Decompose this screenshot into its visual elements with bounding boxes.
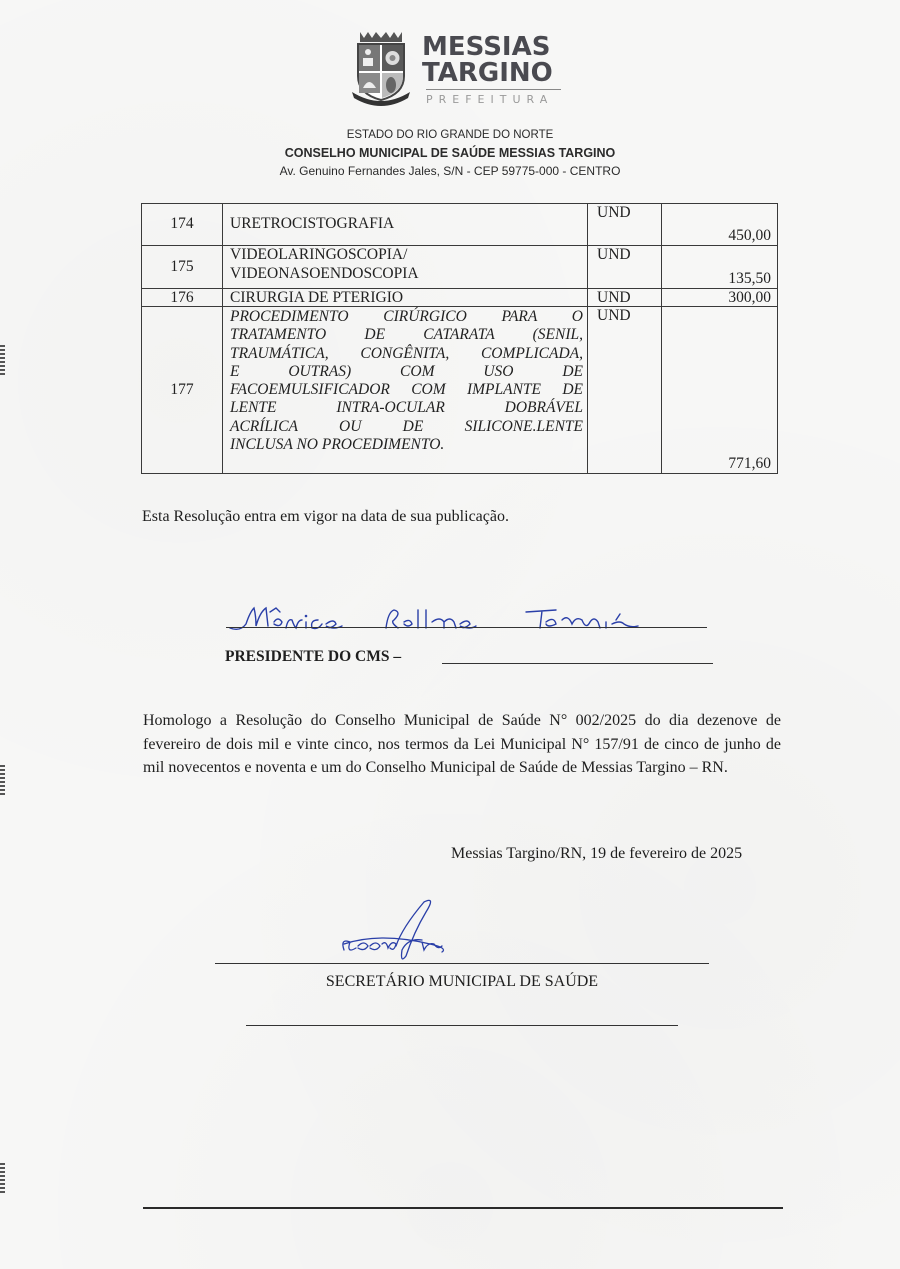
description-line: ACRÍLICA OU DE SILICONE.LENTE xyxy=(230,418,583,436)
description-line: E OUTRAS) COM USO DE xyxy=(230,363,583,381)
president-signature-line xyxy=(226,627,707,628)
procedures-table: 174 URETROCISTOGRAFIA UND 450,00 175 VID… xyxy=(141,203,778,474)
table-row: 176 CIRURGIA DE PTERIGIO UND 300,00 xyxy=(142,289,778,307)
item-value: 135,50 xyxy=(662,246,778,289)
item-unit: UND xyxy=(588,246,662,289)
state-name: ESTADO DO RIO GRANDE DO NORTE xyxy=(0,129,900,141)
item-value: 450,00 xyxy=(662,204,778,246)
description-line: LENTE INTRA-OCULAR DOBRÁVEL xyxy=(230,399,583,417)
description-line: URETROCISTOGRAFIA xyxy=(230,215,394,232)
secretary-signature xyxy=(330,898,460,960)
coat-of-arms-icon xyxy=(346,28,416,108)
description-line: INCLUSA NO PROCEDIMENTO. xyxy=(230,436,583,454)
table-row: 175 VIDEOLARINGOSCOPIA/ VIDEONASOENDOSCO… xyxy=(142,246,778,289)
president-signature xyxy=(226,602,646,634)
description-line: TRAUMÁTICA, CONGÊNITA, COMPLICADA, xyxy=(230,345,583,363)
description-line: PROCEDIMENTO CIRÚRGICO PARA O xyxy=(230,308,583,326)
description-line: FACOEMULSIFICADOR COM IMPLANTE DE xyxy=(230,381,583,399)
place-and-date: Messias Targino/RN, 19 de fevereiro de 2… xyxy=(451,845,742,863)
municipality-logo: MESSIAS TARGINO PREFEITURA xyxy=(346,28,576,112)
item-number: 175 xyxy=(142,246,223,289)
item-description: VIDEOLARINGOSCOPIA/ VIDEONASOENDOSCOPIA xyxy=(223,246,588,289)
item-value: 771,60 xyxy=(662,307,778,474)
president-label: PRESIDENTE DO CMS – xyxy=(225,648,401,666)
description-line: TRATAMENTO DE CATARATA (SENIL, xyxy=(230,326,583,344)
council-name: CONSELHO MUNICIPAL DE SAÚDE MESSIAS TARG… xyxy=(0,146,900,160)
item-unit: UND xyxy=(588,289,662,307)
secretary-name-line xyxy=(246,1025,678,1026)
table-row: 177 PROCEDIMENTO CIRÚRGICO PARA O TRATAM… xyxy=(142,307,778,474)
logo-divider xyxy=(426,89,561,90)
footer-rule xyxy=(143,1207,783,1209)
effective-date-statement: Esta Resolução entra em vigor na data de… xyxy=(142,508,509,526)
item-number: 174 xyxy=(142,204,223,246)
item-unit: UND xyxy=(588,204,662,246)
logo-line-2: TARGINO xyxy=(422,60,553,86)
scan-edge-mark xyxy=(0,1163,5,1193)
scan-edge-mark xyxy=(0,345,5,375)
description-line: VIDEOLARINGOSCOPIA/ xyxy=(230,246,583,265)
logo-wordmark: MESSIAS TARGINO xyxy=(422,34,553,86)
scan-edge-mark xyxy=(0,765,5,795)
item-description: URETROCISTOGRAFIA xyxy=(223,204,588,246)
item-value: 300,00 xyxy=(662,289,778,307)
council-address: Av. Genuino Fernandes Jales, S/N - CEP 5… xyxy=(0,164,900,178)
item-description: PROCEDIMENTO CIRÚRGICO PARA O TRATAMENTO… xyxy=(223,307,588,474)
logo-subtitle: PREFEITURA xyxy=(426,93,553,106)
item-number: 177 xyxy=(142,307,223,474)
item-unit: UND xyxy=(588,307,662,474)
paper-background xyxy=(0,0,900,1269)
item-number: 176 xyxy=(142,289,223,307)
item-description: CIRURGIA DE PTERIGIO xyxy=(223,289,588,307)
table-row: 174 URETROCISTOGRAFIA UND 450,00 xyxy=(142,204,778,246)
secretary-label: SECRETÁRIO MUNICIPAL DE SAÚDE xyxy=(12,973,900,991)
description-line: VIDEONASOENDOSCOPIA xyxy=(230,265,583,284)
secretary-signature-line xyxy=(215,963,709,964)
president-name-line xyxy=(442,663,713,664)
logo-line-1: MESSIAS xyxy=(422,34,553,60)
homologation-paragraph: Homologo a Resolução do Conselho Municip… xyxy=(143,709,781,780)
description-line: CIRURGIA DE PTERIGIO xyxy=(230,289,403,306)
